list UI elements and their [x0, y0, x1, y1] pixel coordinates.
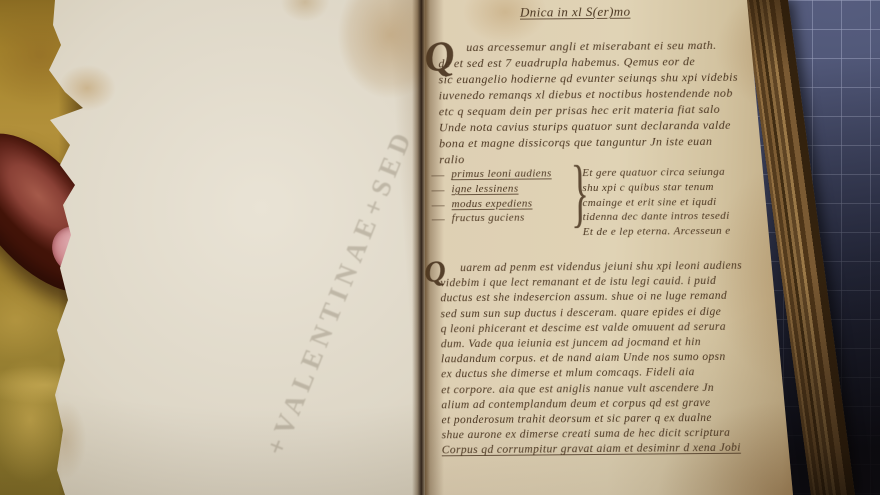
manuscript-line: Corpus qd corrumpitur gravat aiam et des…	[442, 441, 744, 459]
manuscript-line: shu xpi c quibus star tenum	[582, 180, 730, 196]
division-item: igne lessinens	[437, 181, 569, 197]
left-blank-page: +VALENTINAE+SED	[35, 0, 425, 495]
scholastic-division: primus leoni audiensigne lessinensmodus …	[437, 165, 730, 242]
manuscript-line: bona et magne dissicorqs que tanguntur J…	[439, 133, 739, 152]
manuscript-line: tidenna dec dante intros tesedi	[583, 209, 731, 225]
curly-brace: }	[570, 164, 589, 222]
ownership-stamp: +VALENTINAE+SED	[260, 124, 420, 460]
section-heading: Dnica in xl S(er)mo	[520, 4, 631, 21]
paragraph-one: uas arcessemur angli et miserabant ei se…	[438, 37, 739, 168]
division-item: modus expediens	[438, 196, 570, 212]
manuscript-line: Et de e lep eterna. Arcesseun e	[583, 224, 731, 240]
right-written-page: Dnica in xl S(er)mo Q uas arcessemur ang…	[425, 0, 805, 495]
division-items: primus leoni audiensigne lessinensmodus …	[437, 166, 570, 226]
gutter-shadow	[412, 0, 430, 495]
division-item: primus leoni audiens	[437, 166, 569, 182]
division-item: fructus guciens	[438, 211, 570, 227]
manuscript-photo: +VALENTINAE+SED Dnica in xl S(er)mo Q ua…	[0, 0, 880, 495]
manuscript-line: laudandum corpus. et de nand aiam Unde n…	[441, 350, 743, 368]
manuscript-line: Et gere quatuor circa seiunga	[582, 165, 730, 181]
manuscript-text: Dnica in xl S(er)mo Q uas arcessemur ang…	[430, 0, 756, 495]
division-notes: Et gere quatuor circa seiungashu xpi c q…	[582, 165, 730, 240]
paragraph-two: uarem ad penm est videndus jeiuni shu xp…	[440, 259, 744, 459]
manuscript-line: cmainge et erit sine et iqudi	[582, 194, 730, 210]
